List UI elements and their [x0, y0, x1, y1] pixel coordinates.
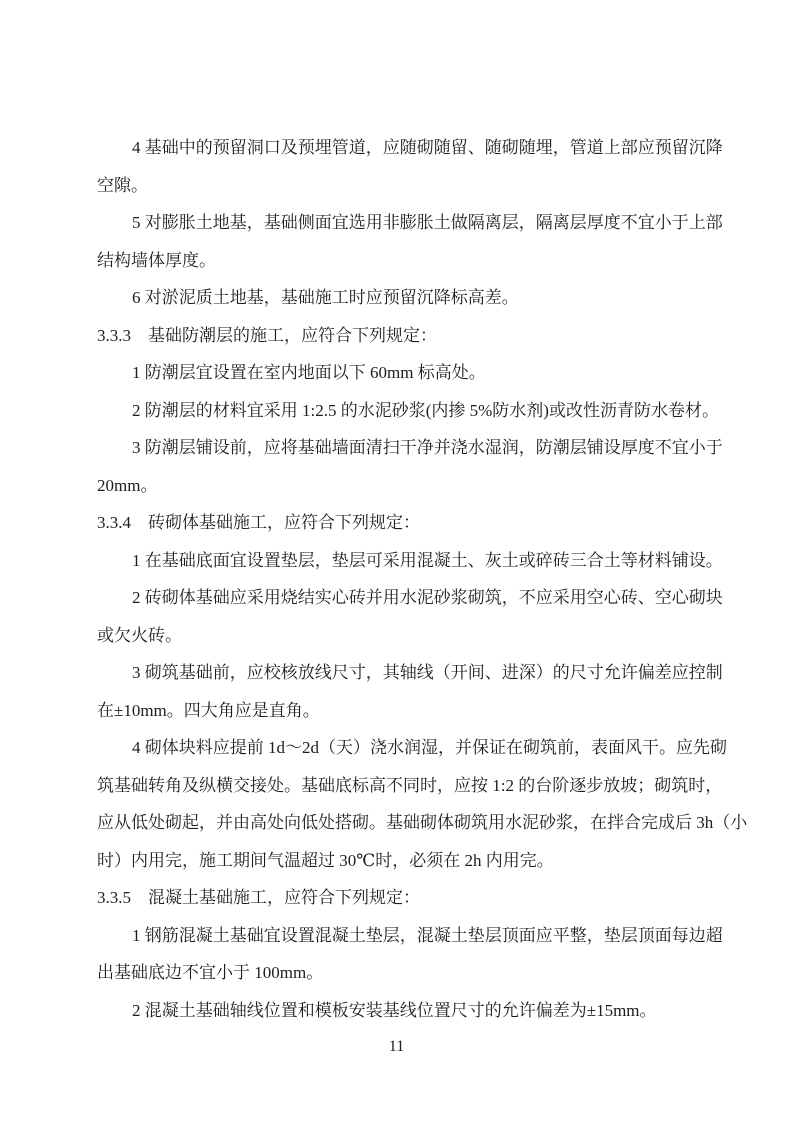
clause-3-3-4-3-line-1: 3 砌筑基础前，应校核放线尺寸，其轴线（开间、进深）的尺寸允许偏差应控制 [97, 654, 701, 692]
clause-3-3-3-2-line-1: 2 防潮层的材料宜采用 1:2.5 的水泥砂浆(内掺 5%防水剂)或改性沥青防水… [97, 392, 701, 430]
clause-6-line-1: 6 对淤泥质土地基，基础施工时应预留沉降标高差。 [97, 279, 701, 317]
clause-3-3-3-3-line-1: 3 防潮层铺设前，应将基础墙面清扫干净并浇水湿润，防潮层铺设厚度不宜小于 [97, 429, 701, 467]
clause-3-3-4-1-line-1: 1 在基础底面宜设置垫层，垫层可采用混凝土、灰土或碎砖三合土等材料铺设。 [97, 542, 701, 580]
clause-3-3-5-1-line-2: 出基础底边不宜小于 100mm。 [97, 954, 701, 992]
clause-3-3-4-2-line-1: 2 砖砌体基础应采用烧结实心砖并用水泥砂浆砌筑，不应采用空心砖、空心砌块 [97, 579, 701, 617]
clause-5-line-2: 结构墙体厚度。 [97, 242, 701, 280]
clause-4-line-2: 空隙。 [97, 167, 701, 205]
clause-3-3-4-3-line-2: 在±10mm。四大角应是直角。 [97, 692, 701, 730]
clause-3-3-4-2-line-2: 或欠火砖。 [97, 617, 701, 655]
clause-3-3-4-4-line-1: 4 砌体块料应提前 1d～2d（天）浇水润湿，并保证在砌筑前，表面风干。应先砌 [97, 729, 701, 767]
clause-3-3-4-4-line-4: 时）内用完，施工期间气温超过 30℃时，必须在 2h 内用完。 [97, 842, 701, 880]
clause-3-3-5-1-line-1: 1 钢筋混凝土基础宜设置混凝土垫层，混凝土垫层顶面应平整，垫层顶面每边超 [97, 917, 701, 955]
clause-4-line-1: 4 基础中的预留洞口及预埋管道，应随砌随留、随砌随埋，管道上部应预留沉降 [97, 129, 701, 167]
clause-3-3-3-1-line-1: 1 防潮层宜设置在室内地面以下 60mm 标高处。 [97, 354, 701, 392]
heading-3-3-5: 3.3.5 混凝土基础施工，应符合下列规定： [97, 879, 701, 917]
heading-3-3-3: 3.3.3 基础防潮层的施工，应符合下列规定： [97, 317, 701, 355]
clause-3-3-5-2-line-1: 2 混凝土基础轴线位置和模板安装基线位置尺寸的允许偏差为±15mm。 [97, 992, 701, 1030]
clause-3-3-3-3-line-2: 20mm。 [97, 467, 701, 505]
clause-3-3-4-4-line-3: 应从低处砌起，并由高处向低处搭砌。基础砌体砌筑用水泥砂浆，在拌合完成后 3h（小 [97, 804, 701, 842]
clause-5-line-1: 5 对膨胀土地基，基础侧面宜选用非膨胀土做隔离层，隔离层厚度不宜小于上部 [97, 204, 701, 242]
document-page: 4 基础中的预留洞口及预埋管道，应随砌随留、随砌随埋，管道上部应预留沉降 空隙。… [0, 0, 793, 1122]
heading-3-3-4: 3.3.4 砖砌体基础施工，应符合下列规定： [97, 504, 701, 542]
page-number: 11 [0, 1028, 793, 1066]
document-body: 4 基础中的预留洞口及预埋管道，应随砌随留、随砌随埋，管道上部应预留沉降 空隙。… [97, 129, 701, 1029]
clause-3-3-4-4-line-2: 筑基础转角及纵横交接处。基础底标高不同时，应按 1:2 的台阶逐步放坡；砌筑时， [97, 767, 701, 805]
